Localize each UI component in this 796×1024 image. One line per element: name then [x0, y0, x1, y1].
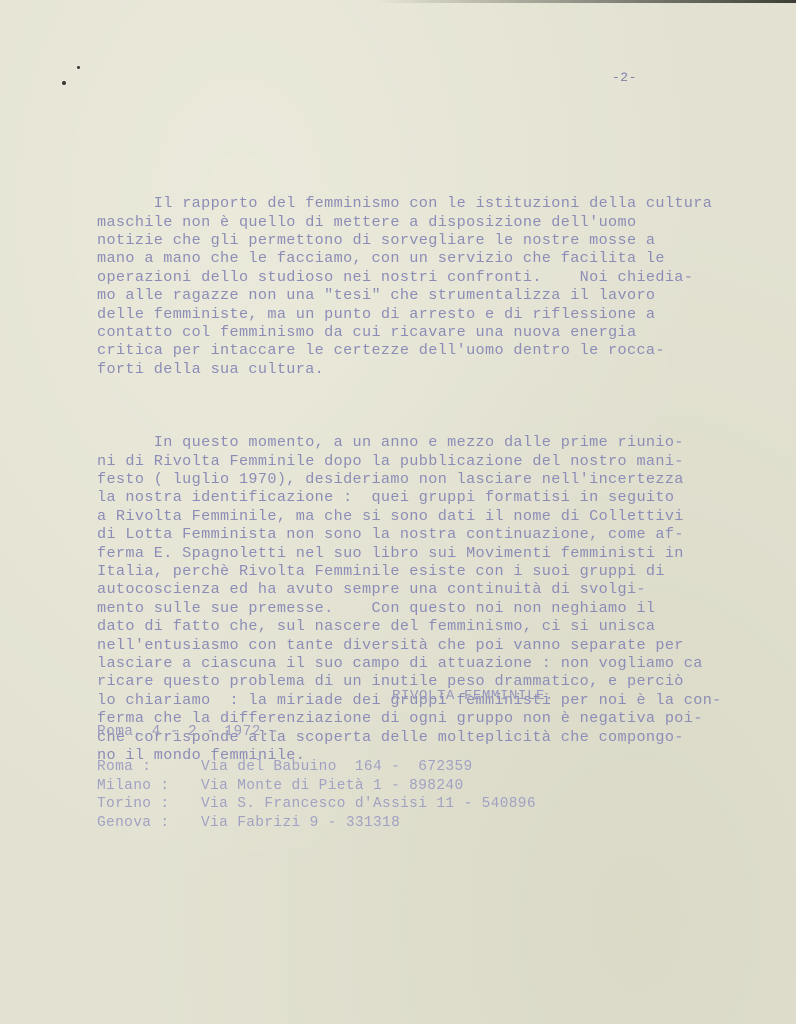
typewritten-page: -2- Il rapporto del femminismo con le is…: [0, 0, 796, 1024]
text-line: a Rivolta Femminile, ma che si sono dati…: [97, 507, 684, 525]
address-row-torino: Torino : Via S. Francesco d'Assisi 11 - …: [97, 795, 536, 814]
address-row-genova: Genova : Via Fabrizi 9 - 331318: [97, 814, 536, 833]
text-line: nell'entusiasmo con tante diversità che …: [97, 636, 684, 654]
text-line: mano a mano che le facciamo, con un serv…: [97, 249, 665, 267]
text-line: di Lotta Femminista non sono la nostra c…: [97, 525, 684, 543]
address-city: Torino :: [97, 795, 201, 814]
paper-speck: [77, 66, 80, 69]
text-line: Il rapporto del femminismo con le istitu…: [154, 194, 712, 212]
paragraph-1: Il rapporto del femminismo con le istitu…: [97, 176, 717, 378]
address-list: Roma : Via del Babuino 164 - 672359 Mila…: [97, 758, 536, 832]
address-detail: Via S. Francesco d'Assisi 11 - 540896: [201, 795, 536, 814]
address-row-roma: Roma : Via del Babuino 164 - 672359: [97, 758, 536, 777]
text-line: forti della sua cultura.: [97, 360, 324, 378]
address-detail: Via Fabrizi 9 - 331318: [201, 814, 400, 833]
date-line: Roma, 4 - 2 - 1972.-: [97, 724, 279, 740]
paper-speck: [62, 81, 66, 85]
address-city: Milano :: [97, 777, 201, 796]
paragraph-2: In questo momento, a un anno e mezzo dal…: [97, 433, 717, 764]
text-line: ricare questo problema di un inutile pes…: [97, 672, 684, 690]
text-line: operazioni dello studioso nei nostri con…: [97, 268, 693, 286]
signature: RIVOLTA FEMMINILE.: [392, 688, 554, 704]
address-city: Roma :: [97, 758, 201, 777]
text-line: ferma E. Spagnoletti nel suo libro sui M…: [97, 544, 684, 562]
text-line: dato di fatto che, sul nascere del femmi…: [97, 617, 655, 635]
text-line: lasciare a ciascuna il suo campo di attu…: [97, 654, 703, 672]
text-line: la nostra identificazione : quei gruppi …: [97, 488, 674, 506]
text-line: ni di Rivolta Femminile dopo la pubblica…: [97, 452, 684, 470]
address-detail: Via del Babuino 164 - 672359: [201, 758, 473, 777]
address-detail: Via Monte di Pietà 1 - 898240: [201, 777, 464, 796]
text-line: delle femministe, ma un punto di arresto…: [97, 305, 655, 323]
address-row-milano: Milano : Via Monte di Pietà 1 - 898240: [97, 777, 536, 796]
text-line: festo ( luglio 1970), desideriamo non la…: [97, 470, 684, 488]
address-city: Genova :: [97, 814, 201, 833]
scan-top-edge-shadow: [376, 0, 796, 3]
text-line: autocoscienza ed ha avuto sempre una con…: [97, 580, 646, 598]
text-line: mento sulle sue premesse. Con questo noi…: [97, 599, 655, 617]
text-line: critica per intaccare le certezze dell'u…: [97, 341, 665, 359]
page-number: -2-: [612, 70, 637, 85]
text-line: contatto col femminismo da cui ricavare …: [97, 323, 636, 341]
text-line: Italia, perchè Rivolta Femminile esiste …: [97, 562, 665, 580]
text-line: mo alle ragazze non una "tesi" che strum…: [97, 286, 655, 304]
text-line: maschile non è quello di mettere a dispo…: [97, 213, 636, 231]
text-line: notizie che gli permettono di sorvegliar…: [97, 231, 655, 249]
text-line: In questo momento, a un anno e mezzo dal…: [97, 433, 684, 451]
